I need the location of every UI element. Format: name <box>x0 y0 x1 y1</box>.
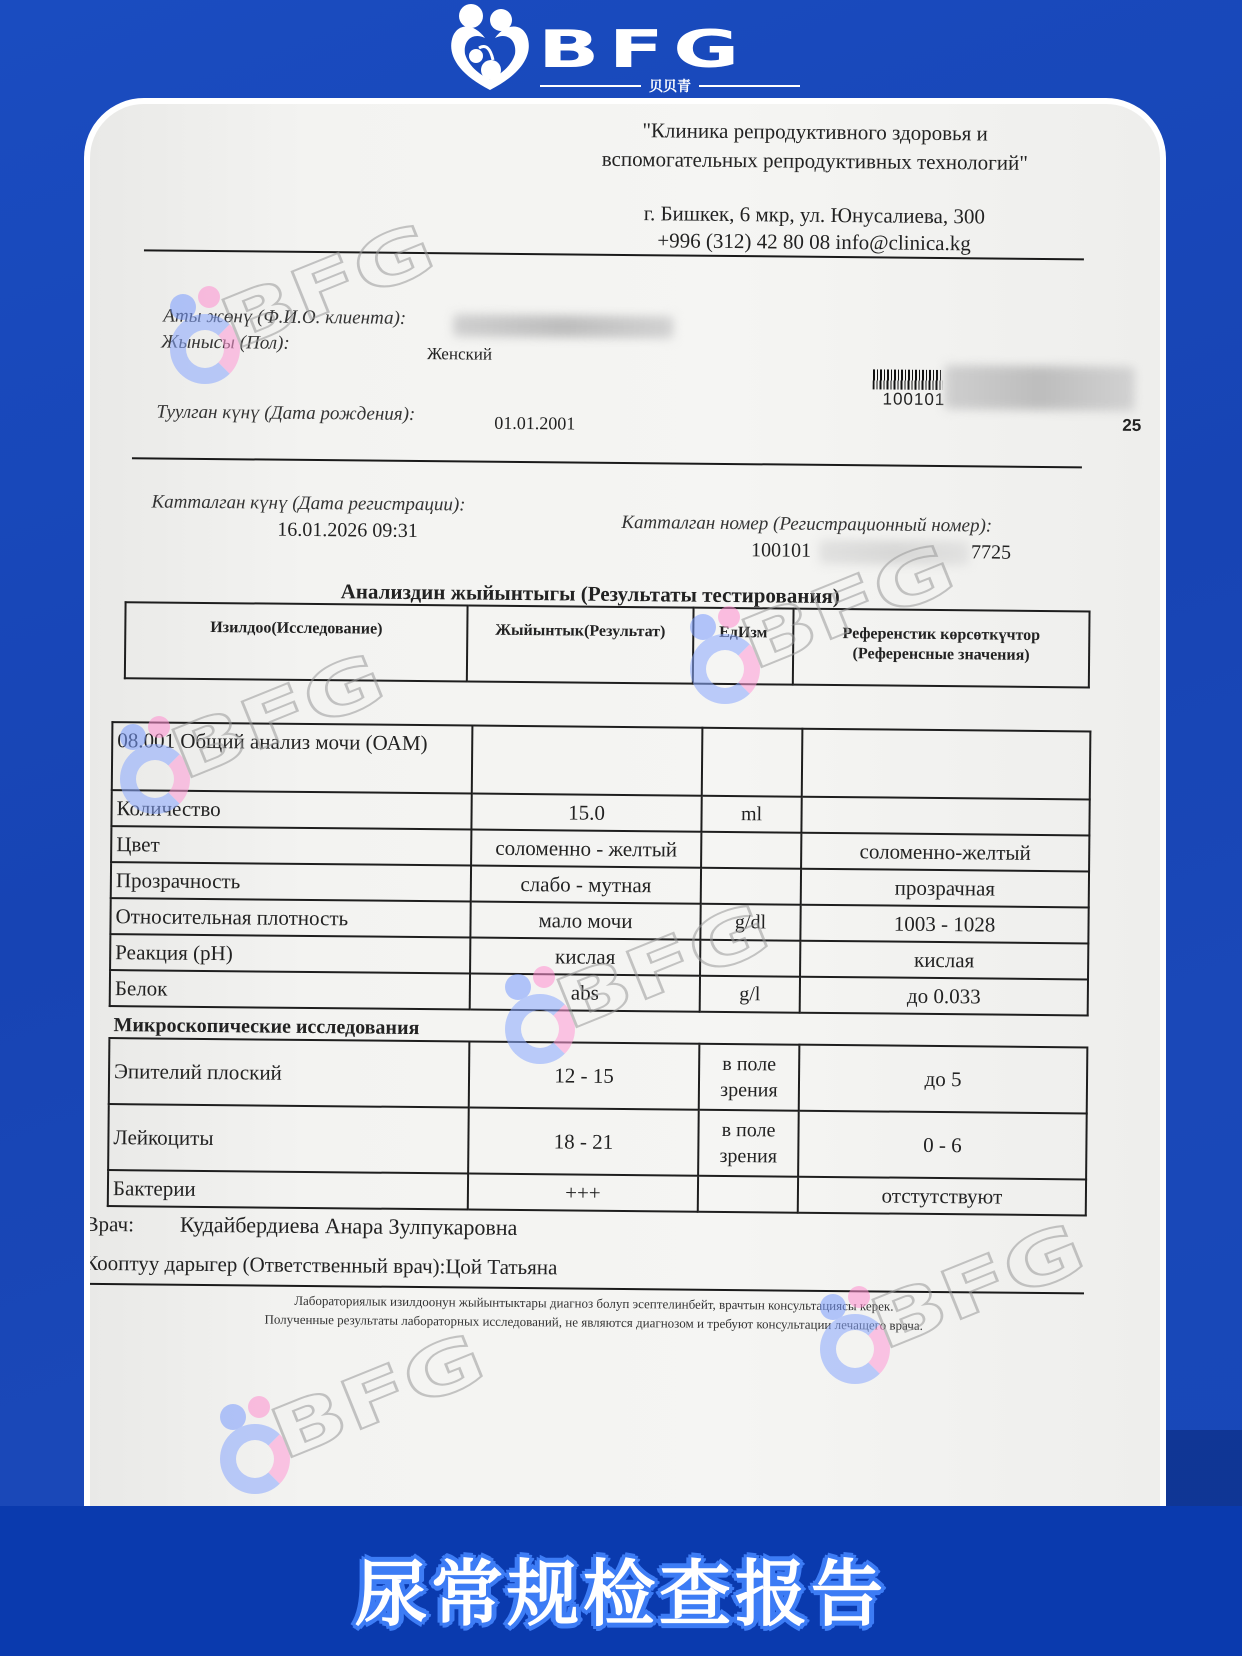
doctor-signature: Врач:Кудайбердиева Анара Зулпукаровна <box>90 1211 518 1241</box>
title-banner: 尿常规检查报告 <box>0 1506 1242 1656</box>
test-unit <box>701 868 801 905</box>
clinic-name-line2: вспомогательных репродуктивных технологи… <box>535 144 1095 178</box>
test-result: 12 - 15 <box>469 1042 700 1110</box>
patient-sex-value: Женский <box>427 344 492 365</box>
test-reference: кислая <box>800 941 1088 980</box>
test-unit: ml <box>701 796 801 833</box>
results-table: 08.001 Общий анализ мочи (ОАМ) Количеств… <box>107 721 1092 1216</box>
test-unit: g/l <box>700 976 800 1013</box>
clinic-contacts: г. Бишкек, 6 мкр, ул. Юнусалиева, 300 +9… <box>604 200 1024 258</box>
banner-title: 尿常规检查报告 <box>0 1536 1242 1640</box>
test-name: Эпителий плоский <box>109 1038 470 1107</box>
logo-subtitle: 贝贝青 <box>540 76 800 96</box>
test-unit: в поле зрения <box>699 1044 800 1111</box>
registration-date-label: Катталган күнү (Дата регистрации): <box>151 491 465 516</box>
test-reference: прозрачная <box>801 869 1089 908</box>
test-result: 18 - 21 <box>468 1108 699 1176</box>
results-table-header: Изилдоо(Исследование) Жыйынтык(Результат… <box>124 601 1091 688</box>
dob-value: 01.01.2001 <box>494 413 575 435</box>
report-paper: "Клиника репродуктивного здоровья и вспо… <box>90 104 1160 1508</box>
page-number: 25 <box>1122 416 1141 436</box>
test-result: 15.0 <box>471 794 701 832</box>
test-name: Цвет <box>111 826 471 865</box>
test-reference: соломенно-желтый <box>801 833 1089 872</box>
test-name: Количество <box>111 790 471 829</box>
test-name: Реакция (pH) <box>110 934 470 973</box>
brand-logo: BFG 贝贝青 <box>440 0 800 96</box>
patient-sex-label: Жынысы (Пол): <box>161 332 290 355</box>
test-result: слабо - мутная <box>471 866 701 904</box>
test-name: Бактерии <box>108 1170 468 1209</box>
test-result: abs <box>470 974 700 1012</box>
test-unit: в поле зрения <box>698 1110 799 1177</box>
barcode <box>873 369 943 390</box>
column-header-reference: Референстик көрсөткүчтор (Референсные зн… <box>793 609 1090 688</box>
disclaimer: Лабораториялык изилдоонун жыйынтыктары д… <box>144 1289 1044 1336</box>
table-row-panel: 08.001 Общий анализ мочи (ОАМ) <box>112 722 1091 799</box>
responsible-name: Цой Татьяна <box>445 1254 557 1279</box>
test-reference: 0 - 6 <box>798 1111 1087 1180</box>
clinic-address: г. Бишкек, 6 мкр, ул. Юнусалиева, 300 <box>604 200 1024 231</box>
responsible-doctor: Кооптуу дарыгер (Ответственный врач):Цой… <box>90 1251 558 1281</box>
registration-number-suffix: 7725 <box>971 541 1011 564</box>
test-unit: g/dl <box>700 904 800 941</box>
test-name: Относительная плотность <box>110 898 470 937</box>
test-unit <box>701 832 801 869</box>
test-name: Белок <box>110 970 470 1009</box>
family-heart-icon <box>445 2 535 94</box>
test-reference: 1003 - 1028 <box>800 905 1088 944</box>
registration-number-label: Катталган номер (Регистрационный номер): <box>621 512 992 538</box>
panel-name: 08.001 Общий анализ мочи (ОАМ) <box>112 722 473 793</box>
registration-number-prefix: 100101 <box>751 539 811 563</box>
test-result: +++ <box>468 1174 698 1212</box>
patient-name-redacted <box>453 314 673 338</box>
test-result: мало мочи <box>470 902 700 940</box>
divider <box>699 85 800 87</box>
column-header-test: Изилдоо(Исследование) <box>125 602 468 681</box>
test-reference: до 0.033 <box>800 977 1088 1016</box>
report-sheet: "Клиника репродуктивного здоровья и вспо… <box>90 104 1160 1508</box>
test-reference: отстутствуют <box>798 1177 1086 1216</box>
patient-name-label: Аты жөнү (Ф.И.О. клиента): <box>163 306 406 330</box>
clinic-phone-email: +996 (312) 42 80 08 info@clinica.kg <box>604 227 1024 258</box>
divider <box>132 457 1082 468</box>
divider <box>540 85 641 87</box>
column-header-unit: ЕдИзм <box>693 608 794 685</box>
logo-subtitle-text: 贝贝青 <box>649 76 691 96</box>
barcode-redacted <box>944 365 1134 411</box>
report-card: "Клиника репродуктивного здоровья и вспо… <box>84 98 1166 1508</box>
test-reference <box>801 797 1089 836</box>
test-reference: до 5 <box>799 1045 1088 1114</box>
test-name: Лейкоциты <box>108 1104 469 1173</box>
test-result: кислая <box>470 938 700 976</box>
test-result: соломенно - желтый <box>471 830 701 868</box>
registration-date-value: 16.01.2026 09:31 <box>277 519 418 543</box>
test-unit <box>698 1176 798 1213</box>
logo-text: BFG <box>538 24 749 76</box>
barcode-number: 100101 <box>882 389 945 410</box>
dob-label: Туулган күнү (Дата рождения): <box>156 401 415 425</box>
doctor-name: Кудайбердиева Анара Зулпукаровна <box>180 1212 518 1240</box>
responsible-label: Кооптуу дарыгер (Ответственный врач): <box>90 1251 446 1278</box>
column-header-result: Жыйынтык(Результат) <box>467 605 694 683</box>
clinic-name: "Клиника репродуктивного здоровья и вспо… <box>535 115 1096 178</box>
test-name: Прозрачность <box>111 862 471 901</box>
table-row: Лейкоциты 18 - 21 в поле зрения 0 - 6 <box>108 1104 1087 1179</box>
doctor-label: Врач: <box>90 1212 134 1236</box>
registration-number-redacted <box>819 540 969 565</box>
table-row: Эпителий плоский 12 - 15 в поле зрения д… <box>109 1038 1088 1113</box>
test-unit <box>700 940 800 977</box>
